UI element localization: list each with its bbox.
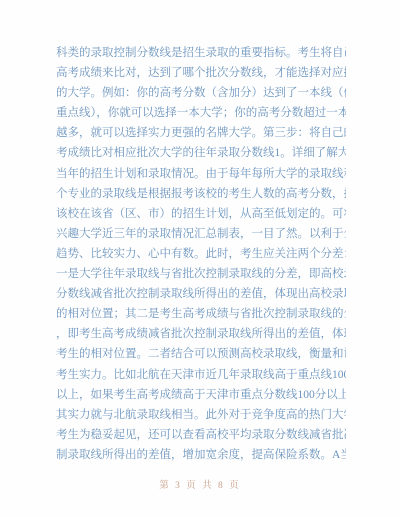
text-line: 的相对位置；其二是考生高考成绩与省批次控制录取线的分差 — [56, 304, 346, 324]
text-line: 个专业的录取线是根据报考该校的考生人数的高考分数，按照 — [56, 184, 346, 204]
text-line: 高考成绩来比对，达到了哪个批次分数线，才能选择对应批次 — [56, 63, 346, 83]
text-line: 科类的录取控制分数线是招生录取的重要指标。考生将自己的 — [56, 43, 346, 63]
text-line: 考生实力。比如北航在天津市近几年录取线高于重点线100分 — [56, 365, 346, 385]
text-line: 制录取线所得出的差值，增加宽余度，提高保险系数。A当高 — [56, 445, 346, 465]
text-line: 重点线），你就可以选择一本大学；你的高考分数超过一本线 — [56, 103, 346, 123]
text-line: 的大学。例如：你的高考分数（含加分）达到了一本线（俗称 — [56, 83, 346, 103]
text-line: 考成绩比对相应批次大学的往年录取分数线1。详细了解大学 — [56, 143, 346, 163]
body-text-paragraph: 科类的录取控制分数线是招生录取的重要指标。考生将自己的 高考成绩来比对，达到了哪… — [56, 43, 346, 465]
text-line: 趋势、比较实力、心中有数。此时，考生应关注两个分差：其 — [56, 244, 346, 264]
text-line: 其实力就与北航录取线相当。此外对于竞争度高的热门大学， — [56, 405, 346, 425]
text-line: 以上，如果考生高考成绩高于天津市重点分数线100分以上， — [56, 385, 346, 405]
text-line: 考生的相对位置。二者结合可以预测高校录取线，衡量和评估 — [56, 344, 346, 364]
text-line: 一是大学往年录取线与省批次控制录取线的分差，即高校录取 — [56, 264, 346, 284]
text-line: 兴趣大学近三年的录取情况汇总制表，一目了然。以利于分析 — [56, 224, 346, 244]
page-footer: 第 3 页 共 8 页 — [0, 477, 400, 491]
text-line: 当年的招生计划和录取情况。由于每年每所大学的录取线和每 — [56, 164, 346, 184]
text-line: ，即考生高考成绩减省批次控制录取线所得出的差值，体现出 — [56, 324, 346, 344]
text-line: 分数线减省批次控制录取线所得出的差值，体现出高校录取线 — [56, 284, 346, 304]
text-line: 考生为稳妥起见，还可以查看高校平均录取分数线减省批次控 — [56, 425, 346, 445]
text-line: 越多，就可以选择实力更强的名牌大学。第三步：将自己的高 — [56, 123, 346, 143]
text-line: 该校在该省（区、市）的招生计划，从高至低划定的。可将感 — [56, 204, 346, 224]
document-page: 科类的录取控制分数线是招生录取的重要指标。考生将自己的 高考成绩来比对，达到了哪… — [0, 0, 400, 517]
